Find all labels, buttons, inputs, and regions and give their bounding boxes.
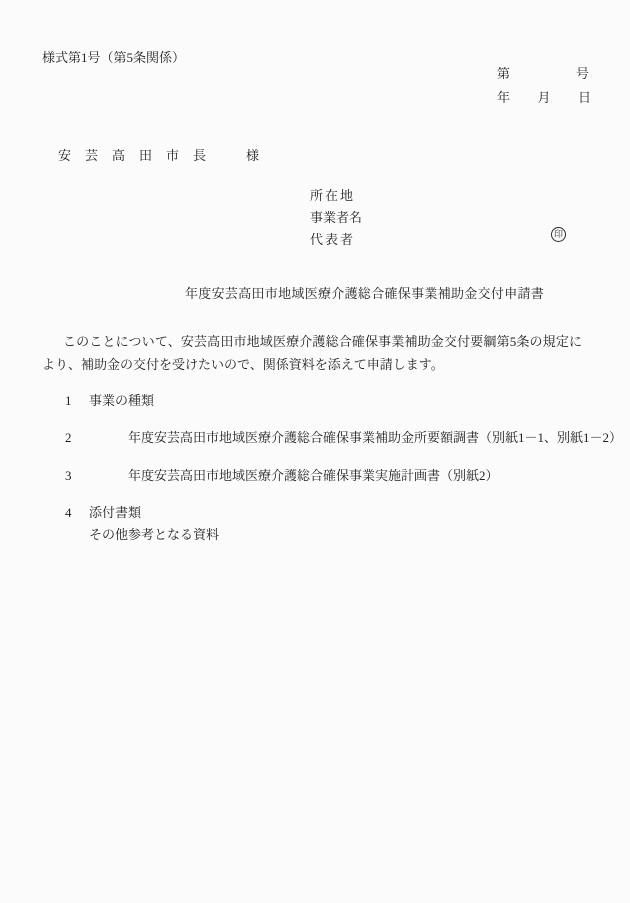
applicant-business-name-label: 事業者名: [310, 211, 362, 225]
applicant-representative-label: 代表者: [310, 233, 355, 247]
addressee-line: 安芸高田市長様: [58, 149, 259, 163]
list-item-number: 4: [65, 506, 72, 520]
list-item: 3年度安芸高田市地域医療介護総合確保事業実施計画書（別紙2）: [65, 469, 499, 483]
date-line: 年 月 日: [497, 91, 591, 105]
list-item-number: 2: [65, 431, 72, 445]
list-item-number: 3: [65, 469, 72, 483]
list-item-sub-text: その他参考となる資料: [89, 528, 219, 542]
list-item-text: 年度安芸高田市地域医療介護総合確保事業実施計画書（別紙2）: [128, 468, 499, 483]
list-item-number: 1: [65, 394, 72, 408]
date-day-label: 日: [578, 91, 591, 105]
addressee-name: 安芸高田市長: [58, 148, 220, 163]
document-title: 年度安芸高田市地域医療介護総合確保事業補助金交付申請書: [185, 287, 544, 301]
form-number-label: 様式第1号（第5条関係）: [42, 51, 185, 65]
body-paragraph: このことについて、安芸高田市地域医療介護総合確保事業補助金交付要綱第5条の規定に…: [42, 330, 582, 376]
document-number-line: 第 号: [497, 67, 589, 81]
document-page: 様式第1号（第5条関係） 第 号 年 月 日 安芸高田市長様 所在地 事業者名 …: [0, 0, 630, 903]
date-month-label: 月: [537, 91, 550, 105]
list-item: 2年度安芸高田市地域医療介護総合確保事業補助金所要額調書（別紙1－1、別紙1－2…: [65, 431, 622, 445]
seal-stamp-character: 印: [554, 230, 563, 239]
document-number-suffix: 号: [576, 67, 589, 81]
applicant-address-label: 所在地: [310, 189, 355, 203]
date-year-label: 年: [497, 91, 510, 105]
list-item-text: 添付書類: [89, 505, 141, 520]
list-item-text: 年度安芸高田市地域医療介護総合確保事業補助金所要額調書（別紙1－1、別紙1－2）: [128, 430, 622, 445]
seal-stamp-icon: 印: [551, 227, 566, 242]
list-item: 1事業の種類: [65, 394, 154, 408]
document-number-prefix: 第: [497, 67, 510, 81]
list-item: 4添付書類: [65, 506, 141, 520]
list-item-text: 事業の種類: [89, 393, 154, 408]
addressee-honorific: 様: [246, 148, 259, 163]
